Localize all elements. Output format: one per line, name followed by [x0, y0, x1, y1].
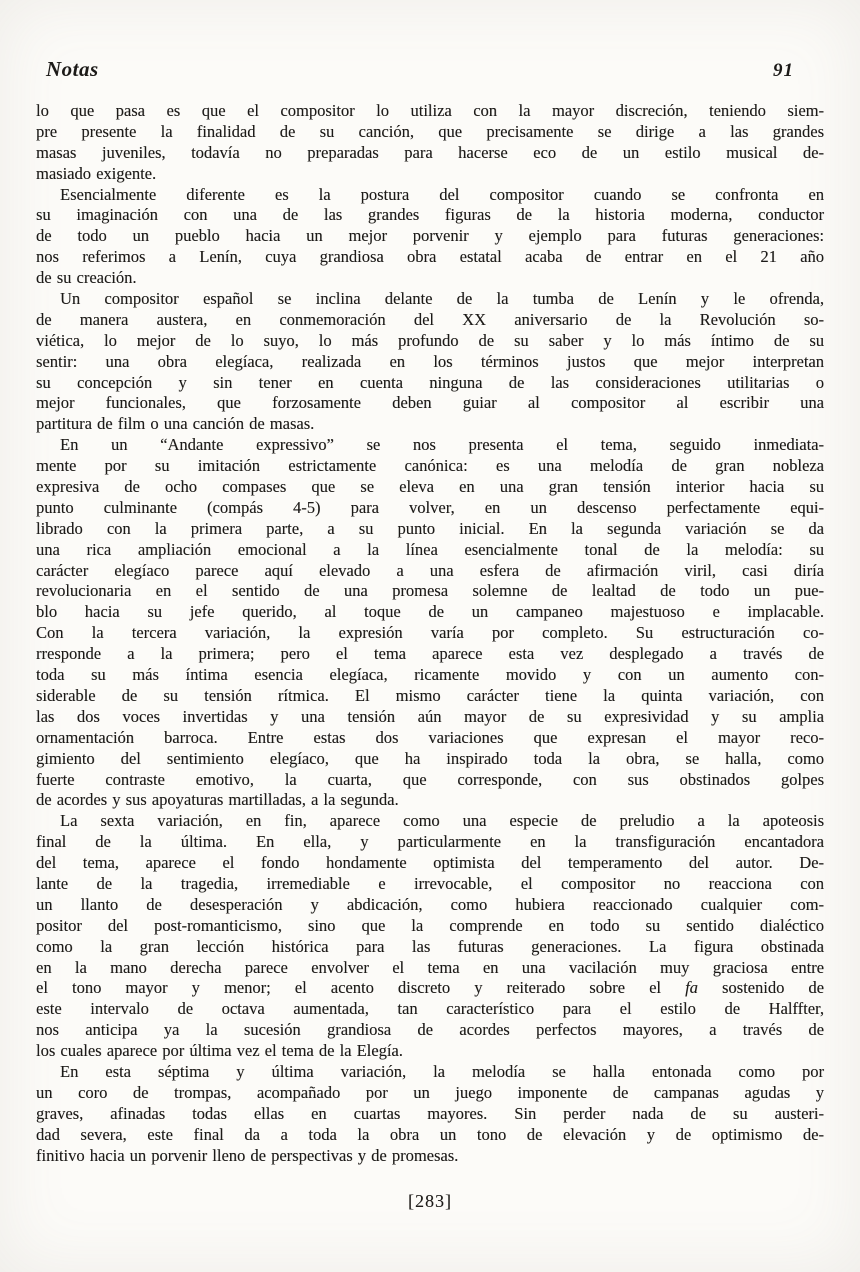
text-line: finitivo hacia un porvenir lleno de pers… [36, 1146, 824, 1167]
running-head-page-number: 91 [773, 60, 794, 82]
text-line: positor del post-romanticismo, sino que … [36, 916, 824, 937]
paragraph: La sexta variación, en fin, aparece como… [36, 811, 824, 1062]
text-line: lo que pasa es que el compositor lo util… [36, 101, 824, 122]
text-line: lante de la tragedia, irremediable e irr… [36, 874, 824, 895]
text-line: final de la última. En ella, y particula… [36, 832, 824, 853]
text-line: librado con la primera parte, a su punto… [36, 519, 824, 540]
text-line: partitura de film o una canción de masas… [36, 414, 824, 435]
text-line: de acordes y sus apoyaturas martilladas,… [36, 790, 824, 811]
text-line: masas juveniles, todavía no preparadas p… [36, 143, 824, 164]
text-line: en la mano derecha parece envolver el te… [36, 958, 824, 979]
text-line: La sexta variación, en fin, aparece como… [36, 811, 824, 832]
text-line: un llanto de desesperación y abdicación,… [36, 895, 824, 916]
text-line: masiado exigente. [36, 164, 824, 185]
text-line: siderable de su tensión rítmica. El mism… [36, 686, 824, 707]
text-line: En esta séptima y última variación, la m… [36, 1062, 824, 1083]
text-line: del tema, aparece el fondo hondamente op… [36, 853, 824, 874]
text-line: revolucionaria en el sentido de una prom… [36, 581, 824, 602]
text-line: una rica ampliación emocional a la línea… [36, 540, 824, 561]
text-line: nos referimos a Lenín, cuya grandiosa ob… [36, 247, 824, 268]
text-line: dad severa, este final da a toda la obra… [36, 1125, 824, 1146]
text-line: carácter elegíaco parece aquí elevado a … [36, 561, 824, 582]
text-line: un coro de trompas, acompañado por un ju… [36, 1083, 824, 1104]
body-text: lo que pasa es que el compositor lo util… [36, 101, 824, 1166]
paragraph: Esencialmente diferente es la postura de… [36, 185, 824, 289]
text-line: mente por su imitación estrictamente can… [36, 456, 824, 477]
text-line: punto culminante (compás 4-5) para volve… [36, 498, 824, 519]
text-line: gimiento del sentimiento elegíaco, que h… [36, 749, 824, 770]
text-line: de todo un pueblo hacia un mejor porveni… [36, 226, 824, 247]
text-line: de manera austera, en conmemoración del … [36, 310, 824, 331]
text-line: fuerte contraste emotivo, la cuarta, que… [36, 770, 824, 791]
text-line: En un “Andante expressivo” se nos presen… [36, 435, 824, 456]
text-line: de su creación. [36, 268, 824, 289]
text-line: mejor funcionales, que forzosamente debe… [36, 393, 824, 414]
text-line: Un compositor español se inclina delante… [36, 289, 824, 310]
text-line: rresponde a la primera; pero el tema apa… [36, 644, 824, 665]
running-head: Notas 91 [46, 57, 794, 82]
paragraph: En esta séptima y última variación, la m… [36, 1062, 824, 1166]
text-line: expresiva de ocho compases que se eleva … [36, 477, 824, 498]
text-line: blo hacia su jefe querido, al toque de u… [36, 602, 824, 623]
paragraph: lo que pasa es que el compositor lo util… [36, 101, 824, 185]
text-line: los cuales aparece por última vez el tem… [36, 1041, 824, 1062]
paragraph: En un “Andante expressivo” se nos presen… [36, 435, 824, 811]
text-line: toda su más íntima esencia elegíaca, ric… [36, 665, 824, 686]
text-line: Con la tercera variación, la expresión v… [36, 623, 824, 644]
text-line: pre presente la finalidad de su canción,… [36, 122, 824, 143]
text-line: su concepción y sin tener en cuenta ning… [36, 373, 824, 394]
text-line: su imaginación con una de las grandes fi… [36, 205, 824, 226]
paragraph: Un compositor español se inclina delante… [36, 289, 824, 435]
text-line: viética, lo mejor de lo suyo, lo más pro… [36, 331, 824, 352]
folio-page-number: [283] [0, 1191, 860, 1212]
text-line: sentir: una obra elegíaca, realizada en … [36, 352, 824, 373]
text-line: graves, afinadas todas ellas en cuartas … [36, 1104, 824, 1125]
text-line: ornamentación barroca. Entre estas dos v… [36, 728, 824, 749]
text-line: como la gran lección histórica para las … [36, 937, 824, 958]
book-page: Notas 91 lo que pasa es que el composito… [0, 0, 860, 1272]
text-line: nos anticipa ya la sucesión grandiosa de… [36, 1020, 824, 1041]
text-line: este intervalo de octava aumentada, tan … [36, 999, 824, 1020]
text-line: las dos voces invertidas y una tensión a… [36, 707, 824, 728]
running-head-title: Notas [46, 57, 99, 82]
text-line: el tono mayor y menor; el acento discret… [36, 978, 824, 999]
text-line: Esencialmente diferente es la postura de… [36, 185, 824, 206]
